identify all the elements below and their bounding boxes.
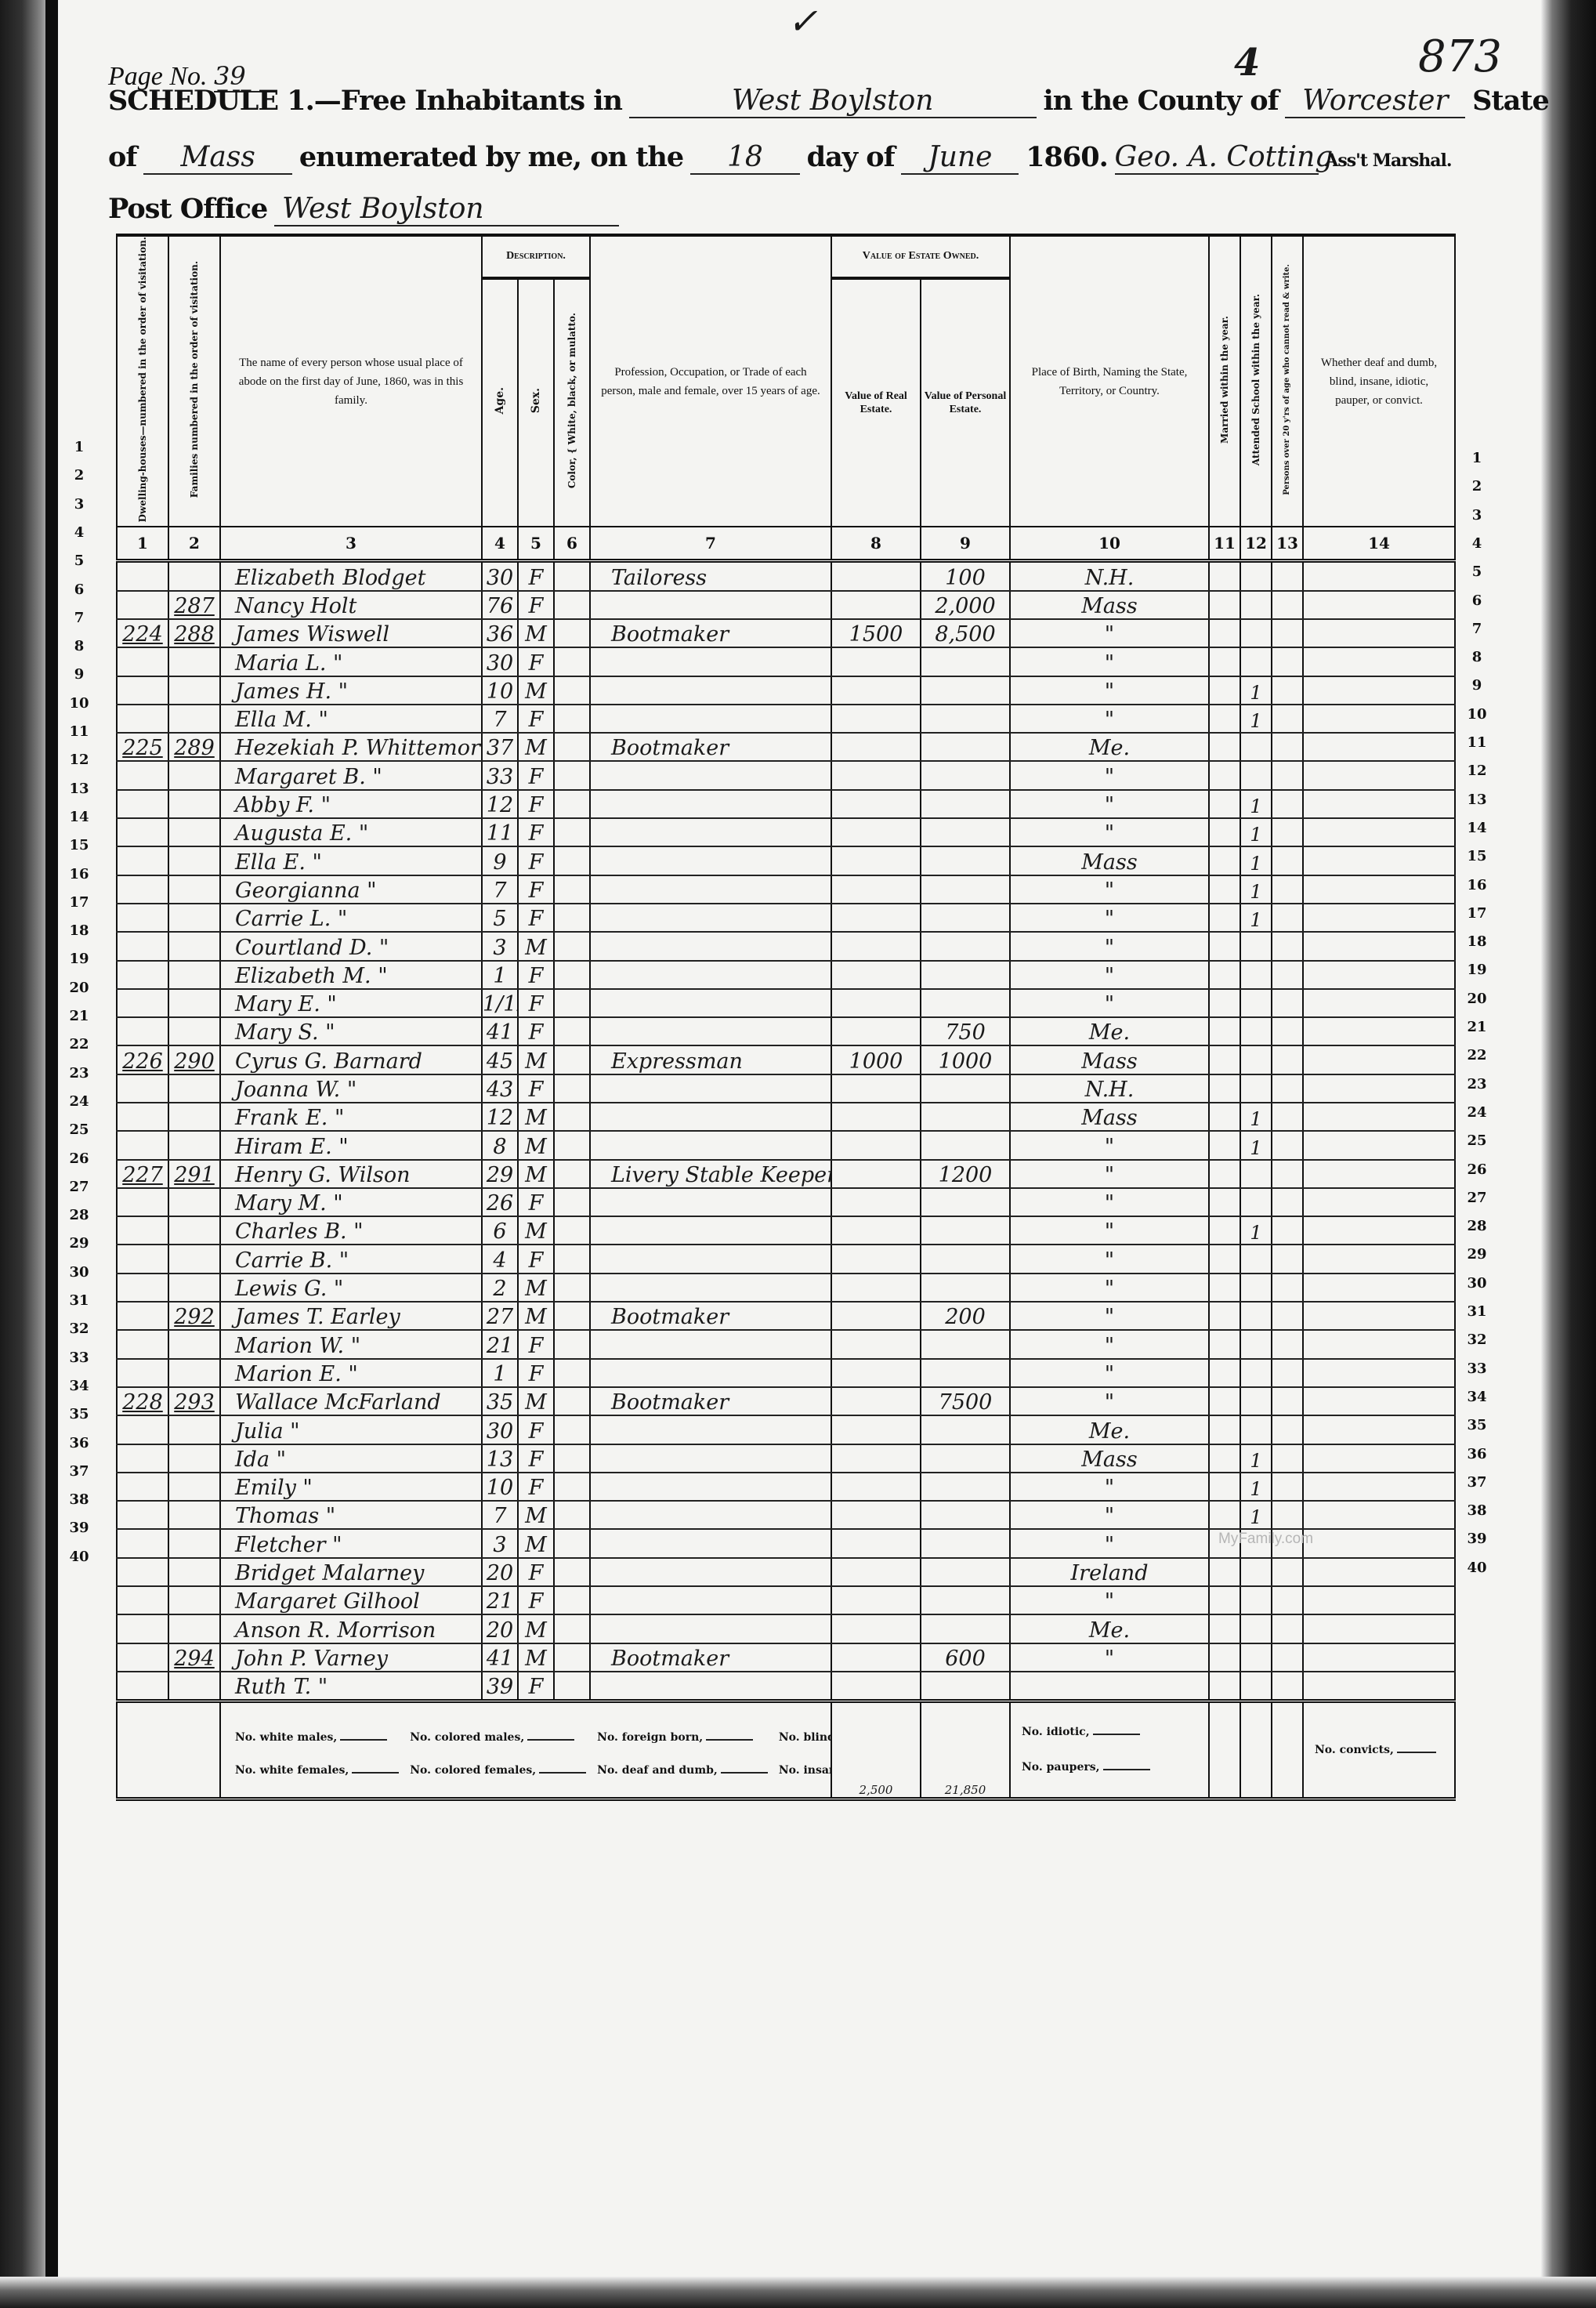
real-estate-value-cell (831, 647, 921, 676)
occupation-cell (590, 1614, 831, 1643)
birthplace-cell: Mass (1010, 591, 1209, 619)
personal-estate-value-cell (921, 989, 1010, 1017)
attended-school-cell (1240, 619, 1272, 647)
dwelling-number-cell (117, 846, 168, 875)
color-cell (554, 1614, 590, 1643)
personal-estate-value-cell: 7500 (921, 1387, 1010, 1415)
age-cell: 3 (482, 1529, 518, 1557)
table-row: 224288James Wiswell36MBootmaker15008,500… (117, 619, 1455, 647)
header-condition: Whether deaf and dumb, blind, insane, id… (1303, 235, 1455, 527)
sex-cell: F (518, 1074, 554, 1103)
cannot-read-write-cell (1272, 1330, 1303, 1358)
sex-cell: F (518, 846, 554, 875)
cannot-read-write-cell (1272, 705, 1303, 733)
occupation-cell (590, 1444, 831, 1473)
dwelling-number-cell (117, 647, 168, 676)
real-estate-value-cell (831, 818, 921, 846)
day-of-label: day of (807, 141, 895, 173)
line-number-left: 34 (67, 1378, 91, 1394)
personal-estate-value-cell (921, 875, 1010, 904)
table-row: Frank E. "12MMass1 (117, 1103, 1455, 1131)
condition-cell (1303, 1586, 1455, 1614)
dwelling-number-cell (117, 1216, 168, 1245)
birthplace-cell: " (1010, 647, 1209, 676)
sex-cell: F (518, 1330, 554, 1358)
real-estate-value-cell (831, 1529, 921, 1557)
age-cell: 35 (482, 1387, 518, 1415)
attended-school-cell (1240, 1017, 1272, 1045)
color-cell (554, 989, 590, 1017)
table-row: Marion E. "1F" (117, 1359, 1455, 1387)
occupation-cell (590, 989, 831, 1017)
header-illiterate: Persons over 20 y'rs of age who cannot r… (1272, 235, 1303, 527)
person-name-cell: Cyrus G. Barnard (220, 1045, 482, 1074)
table-row: 292James T. Earley27MBootmaker200" (117, 1302, 1455, 1330)
personal-estate-value-cell: 2,000 (921, 591, 1010, 619)
condition-cell (1303, 989, 1455, 1017)
age-cell: 41 (482, 1643, 518, 1672)
enumerated-label: enumerated by me, on the (299, 141, 683, 173)
dwelling-number-cell (117, 1302, 168, 1330)
scan-border-right (1541, 0, 1596, 2308)
sex-cell: F (518, 818, 554, 846)
family-number-cell: 287 (168, 591, 220, 619)
condition-cell (1303, 1614, 1455, 1643)
person-name-cell: Margaret B. " (220, 761, 482, 789)
real-estate-value-cell (831, 561, 921, 591)
line-number-left: 25 (67, 1121, 91, 1138)
sex-cell: M (518, 1216, 554, 1245)
line-number-right: 24 (1465, 1104, 1489, 1121)
age-cell: 21 (482, 1330, 518, 1358)
condition-cell (1303, 1643, 1455, 1672)
attended-school-cell: 1 (1240, 1216, 1272, 1245)
age-cell: 6 (482, 1216, 518, 1245)
line-number-right: 12 (1465, 763, 1489, 779)
attended-school-cell (1240, 1415, 1272, 1444)
real-estate-value-cell (831, 1188, 921, 1216)
color-cell (554, 790, 590, 818)
cannot-read-write-cell (1272, 1444, 1303, 1473)
cannot-read-write-cell (1272, 989, 1303, 1017)
age-cell: 30 (482, 1415, 518, 1444)
sex-cell: F (518, 790, 554, 818)
family-number-cell (168, 1216, 220, 1245)
dwelling-number-cell (117, 705, 168, 733)
condition-cell (1303, 1672, 1455, 1701)
personal-estate-value-cell: 1000 (921, 1045, 1010, 1074)
line-number-right: 22 (1465, 1047, 1489, 1063)
birthplace-cell: " (1010, 619, 1209, 647)
person-name-cell: Augusta E. " (220, 818, 482, 846)
condition-cell (1303, 932, 1455, 960)
attended-school-cell (1240, 1643, 1272, 1672)
occupation-cell (590, 1274, 831, 1302)
line-number-left: 16 (67, 866, 91, 882)
color-cell (554, 705, 590, 733)
attended-school-cell: 1 (1240, 676, 1272, 705)
married-within-year-cell (1209, 1586, 1240, 1614)
person-name-cell: Maria L. " (220, 647, 482, 676)
post-office-field: West Boylston (274, 193, 619, 226)
header-dwelling: Dwelling-houses—numbered in the order of… (117, 235, 168, 527)
day-field: 18 (690, 141, 800, 175)
family-number-cell (168, 1672, 220, 1701)
condition-cell (1303, 1045, 1455, 1074)
condition-cell (1303, 1444, 1455, 1473)
header-description: Description. (482, 235, 590, 278)
married-within-year-cell (1209, 1045, 1240, 1074)
post-office-line: Post Office West Boylston (108, 193, 619, 226)
dwelling-number-cell (117, 790, 168, 818)
occupation-cell (590, 846, 831, 875)
married-within-year-cell (1209, 1473, 1240, 1501)
color-cell (554, 818, 590, 846)
line-number-left: 17 (67, 894, 91, 911)
family-number-cell (168, 1131, 220, 1159)
attended-school-cell (1240, 647, 1272, 676)
married-within-year-cell (1209, 676, 1240, 705)
sex-cell: M (518, 676, 554, 705)
married-within-year-cell (1209, 961, 1240, 989)
cannot-read-write-cell (1272, 1558, 1303, 1586)
person-name-cell: Ruth T. " (220, 1672, 482, 1701)
real-estate-value-cell (831, 1586, 921, 1614)
age-cell: 7 (482, 875, 518, 904)
age-cell: 3 (482, 932, 518, 960)
sex-cell: F (518, 591, 554, 619)
schedule-label: SCHEDULE 1.—Free Inhabitants in (108, 85, 622, 117)
header-name: The name of every person whose usual pla… (220, 235, 482, 527)
dwelling-number-cell (117, 1131, 168, 1159)
occupation-cell (590, 790, 831, 818)
line-number-left: 30 (67, 1264, 91, 1281)
of-label: of (108, 141, 136, 173)
table-row: Ida "13FMass1 (117, 1444, 1455, 1473)
birthplace-cell: " (1010, 818, 1209, 846)
real-estate-value-cell (831, 761, 921, 789)
married-within-year-cell (1209, 1387, 1240, 1415)
person-name-cell: Carrie B. " (220, 1245, 482, 1273)
table-row: Margaret Gilhool21F" (117, 1586, 1455, 1614)
line-number-left: 29 (67, 1235, 91, 1252)
dwelling-number-cell (117, 1473, 168, 1501)
line-number-right: 33 (1465, 1361, 1489, 1377)
person-name-cell: Ida " (220, 1444, 482, 1473)
line-number-left: 33 (67, 1350, 91, 1366)
color-cell (554, 761, 590, 789)
line-number-right: 32 (1465, 1332, 1489, 1348)
occupation-cell (590, 647, 831, 676)
age-cell: 30 (482, 561, 518, 591)
real-estate-value-cell (831, 1387, 921, 1415)
birthplace-cell: Ireland (1010, 1558, 1209, 1586)
birthplace-cell: Me. (1010, 1614, 1209, 1643)
sex-cell: F (518, 761, 554, 789)
sex-cell: F (518, 989, 554, 1017)
birthplace-cell: " (1010, 1643, 1209, 1672)
table-row: Carrie B. "4F" (117, 1245, 1455, 1273)
married-within-year-cell (1209, 1672, 1240, 1701)
attended-school-cell (1240, 1558, 1272, 1586)
cannot-read-write-cell (1272, 904, 1303, 932)
real-estate-value-cell (831, 932, 921, 960)
line-number-left: 18 (67, 922, 91, 939)
paupers-label: No. paupers, (1022, 1761, 1100, 1774)
person-name-cell: Lewis G. " (220, 1274, 482, 1302)
line-number-right: 36 (1465, 1446, 1489, 1462)
personal-estate-value-cell (921, 1529, 1010, 1557)
person-name-cell: Nancy Holt (220, 591, 482, 619)
occupation-cell (590, 1529, 831, 1557)
family-number-cell: 289 (168, 733, 220, 761)
sex-cell: M (518, 1302, 554, 1330)
sex-cell: F (518, 1473, 554, 1501)
dwelling-number-cell: 224 (117, 619, 168, 647)
attended-school-cell: 1 (1240, 818, 1272, 846)
census-sheet: Dwelling-houses—numbered in the order of… (116, 234, 1454, 2193)
married-within-year-cell (1209, 818, 1240, 846)
person-name-cell: Emily " (220, 1473, 482, 1501)
real-estate-value-cell (831, 1017, 921, 1045)
attended-school-cell (1240, 1188, 1272, 1216)
line-number-right: 25 (1465, 1132, 1489, 1149)
family-number-cell (168, 904, 220, 932)
line-number-left: 14 (67, 809, 91, 825)
year-label: 1860. (1026, 141, 1108, 173)
age-cell: 1/12 (482, 989, 518, 1017)
sex-cell: F (518, 961, 554, 989)
personal-estate-value-cell (921, 932, 1010, 960)
sex-cell: M (518, 1614, 554, 1643)
condition-cell (1303, 1387, 1455, 1415)
family-number-cell (168, 1330, 220, 1358)
header-school: Attended School within the year. (1240, 235, 1272, 527)
line-number-left: 4 (67, 524, 91, 541)
attended-school-cell (1240, 591, 1272, 619)
line-number-left: 39 (67, 1520, 91, 1536)
dwelling-number-cell (117, 1074, 168, 1103)
color-cell (554, 1245, 590, 1273)
cannot-read-write-cell (1272, 591, 1303, 619)
family-number-cell (168, 561, 220, 591)
attended-school-cell: 1 (1240, 790, 1272, 818)
column-numbers: 123 456 789 101112 1314 (117, 527, 1455, 561)
age-cell: 20 (482, 1614, 518, 1643)
line-number-right: 2 (1465, 478, 1489, 495)
cannot-read-write-cell (1272, 761, 1303, 789)
attended-school-cell: 1 (1240, 846, 1272, 875)
occupation-cell (590, 705, 831, 733)
cannot-read-write-cell (1272, 1643, 1303, 1672)
post-office-label: Post Office (108, 193, 267, 225)
dwelling-number-cell (117, 904, 168, 932)
line-number-right: 17 (1465, 905, 1489, 922)
personal-estate-value-cell (921, 676, 1010, 705)
header-real-estate: Value of Real Estate. (831, 278, 921, 527)
age-cell: 10 (482, 1473, 518, 1501)
line-number-right: 27 (1465, 1190, 1489, 1206)
dwelling-number-cell: 228 (117, 1387, 168, 1415)
condition-cell (1303, 1529, 1455, 1557)
condition-cell (1303, 1245, 1455, 1273)
family-number-cell (168, 1017, 220, 1045)
age-cell: 45 (482, 1045, 518, 1074)
line-number-left: 28 (67, 1207, 91, 1223)
attended-school-cell (1240, 1359, 1272, 1387)
occupation-cell: Bootmaker (590, 1387, 831, 1415)
birthplace-cell: " (1010, 790, 1209, 818)
attended-school-cell (1240, 1672, 1272, 1701)
idiotic-label: No. idiotic, (1022, 1726, 1090, 1738)
occupation-cell: Bootmaker (590, 619, 831, 647)
married-within-year-cell (1209, 1444, 1240, 1473)
age-cell: 33 (482, 761, 518, 789)
dwelling-number-cell (117, 1103, 168, 1131)
occupation-cell (590, 1017, 831, 1045)
cannot-read-write-cell (1272, 1672, 1303, 1701)
occupation-cell (590, 1415, 831, 1444)
birthplace-cell: Mass (1010, 1444, 1209, 1473)
family-number-cell (168, 1274, 220, 1302)
color-cell (554, 1415, 590, 1444)
birthplace-cell: Me. (1010, 733, 1209, 761)
married-within-year-cell (1209, 1017, 1240, 1045)
sex-cell: F (518, 1444, 554, 1473)
personal-estate-value-cell (921, 846, 1010, 875)
married-within-year-cell (1209, 846, 1240, 875)
table-row: Marion W. "21F" (117, 1330, 1455, 1358)
dwelling-number-cell (117, 989, 168, 1017)
person-name-cell: Marion E. " (220, 1359, 482, 1387)
table-row: Ella E. "9FMass1 (117, 846, 1455, 875)
line-number-right: 23 (1465, 1076, 1489, 1092)
occupation-cell (590, 1672, 831, 1701)
dwelling-number-cell (117, 591, 168, 619)
table-row: Elizabeth Blodget30FTailoress100N.H. (117, 561, 1455, 591)
age-cell: 76 (482, 591, 518, 619)
table-row: 225289Hezekiah P. Whittemore37MBootmaker… (117, 733, 1455, 761)
person-name-cell: Hezekiah P. Whittemore (220, 733, 482, 761)
cannot-read-write-cell (1272, 846, 1303, 875)
birthplace-cell: " (1010, 1216, 1209, 1245)
person-name-cell: Bridget Malarney (220, 1558, 482, 1586)
summary-convicts: No. convicts, (1303, 1701, 1455, 1799)
table-row: Ella M. "7F"1 (117, 705, 1455, 733)
line-number-right: 28 (1465, 1218, 1489, 1234)
table-row: Carrie L. "5F"1 (117, 904, 1455, 932)
cannot-read-write-cell (1272, 1415, 1303, 1444)
header-estate: Value of Estate Owned. (831, 235, 1010, 278)
age-cell: 36 (482, 619, 518, 647)
family-number-cell (168, 676, 220, 705)
married-within-year-cell (1209, 1245, 1240, 1273)
dwelling-number-cell (117, 1444, 168, 1473)
header-married: Married within the year. (1209, 235, 1240, 527)
color-cell (554, 591, 590, 619)
line-number-left: 8 (67, 638, 91, 654)
married-within-year-cell (1209, 1614, 1240, 1643)
condition-cell (1303, 818, 1455, 846)
sex-cell: M (518, 1045, 554, 1074)
family-number-cell (168, 1529, 220, 1557)
age-cell: 2 (482, 1274, 518, 1302)
occupation-cell (590, 818, 831, 846)
family-number-cell (168, 1586, 220, 1614)
line-number-left: 6 (67, 582, 91, 598)
age-cell: 12 (482, 1103, 518, 1131)
color-cell (554, 904, 590, 932)
table-row: Joanna W. "43FN.H. (117, 1074, 1455, 1103)
birthplace-cell: " (1010, 1160, 1209, 1188)
enumeration-line: of Mass enumerated by me, on the 18 day … (108, 141, 1452, 175)
table-row: Margaret B. "33F" (117, 761, 1455, 789)
table-row: Mary M. "26F" (117, 1188, 1455, 1216)
family-number-cell: 293 (168, 1387, 220, 1415)
dwelling-number-cell (117, 1529, 168, 1557)
dwelling-number-cell (117, 1415, 168, 1444)
line-number-left: 35 (67, 1406, 91, 1422)
line-number-right: 38 (1465, 1502, 1489, 1519)
personal-estate-value-cell (921, 1103, 1010, 1131)
table-row: Georgianna "7F"1 (117, 875, 1455, 904)
attended-school-cell (1240, 1160, 1272, 1188)
dwelling-number-cell (117, 1672, 168, 1701)
age-cell: 39 (482, 1672, 518, 1701)
personal-estate-value-cell: 100 (921, 561, 1010, 591)
color-cell (554, 875, 590, 904)
real-estate-value-cell (831, 1131, 921, 1159)
condition-cell (1303, 1131, 1455, 1159)
occupation-cell (590, 591, 831, 619)
color-cell (554, 1074, 590, 1103)
attended-school-cell (1240, 1302, 1272, 1330)
cannot-read-write-cell (1272, 790, 1303, 818)
occupation-cell (590, 1188, 831, 1216)
condition-cell (1303, 1473, 1455, 1501)
family-number-cell (168, 705, 220, 733)
condition-cell (1303, 790, 1455, 818)
person-name-cell: Hiram E. " (220, 1131, 482, 1159)
real-estate-value-cell (831, 1501, 921, 1529)
color-cell (554, 1501, 590, 1529)
person-name-cell: Elizabeth M. " (220, 961, 482, 989)
condition-cell (1303, 676, 1455, 705)
personal-estate-value-cell (921, 1614, 1010, 1643)
cannot-read-write-cell (1272, 1586, 1303, 1614)
dwelling-number-cell (117, 1501, 168, 1529)
real-estate-value-cell (831, 1444, 921, 1473)
married-within-year-cell (1209, 1274, 1240, 1302)
color-cell (554, 1131, 590, 1159)
cannot-read-write-cell (1272, 1359, 1303, 1387)
color-cell (554, 1017, 590, 1045)
line-number-left: 1 (67, 439, 91, 455)
header-color: Color, { White, black, or mulatto. (554, 278, 590, 527)
line-number-right: 39 (1465, 1531, 1489, 1547)
person-name-cell: Mary S. " (220, 1017, 482, 1045)
age-cell: 30 (482, 647, 518, 676)
married-within-year-cell (1209, 705, 1240, 733)
personal-estate-value-cell (921, 1330, 1010, 1358)
age-cell: 41 (482, 1017, 518, 1045)
sex-cell: M (518, 1387, 554, 1415)
line-number-left: 21 (67, 1008, 91, 1024)
personal-estate-value-cell (921, 1131, 1010, 1159)
cannot-read-write-cell (1272, 1245, 1303, 1273)
real-estate-value-cell (831, 961, 921, 989)
family-number-cell (168, 1415, 220, 1444)
